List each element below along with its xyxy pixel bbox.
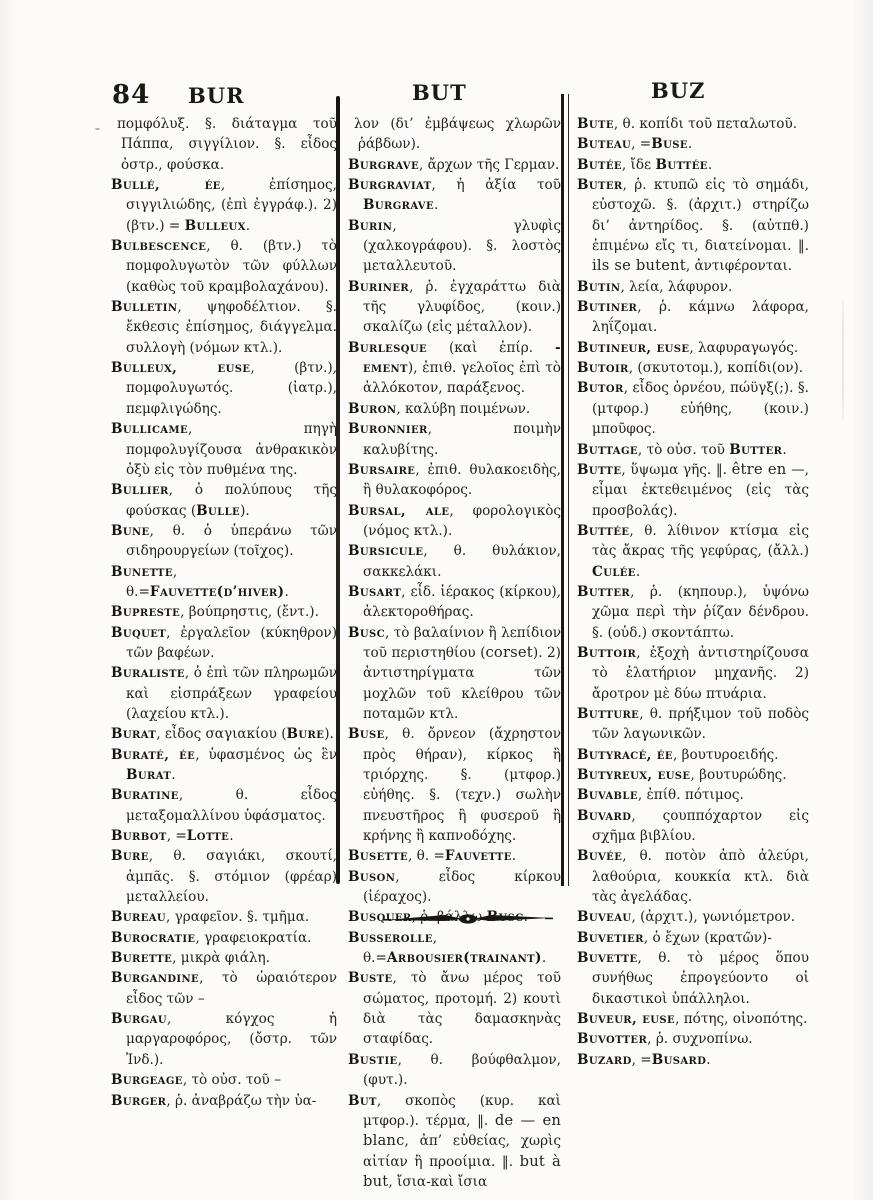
column-rule-double <box>561 94 569 886</box>
dictionary-entry: Busc, τὸ βαλαίνιον ἢ λεπίδιον τοῦ περιστ… <box>348 623 561 725</box>
entry-headword: Butte <box>577 462 621 478</box>
dictionary-entry: Buse, θ. ὄρνεον (ἄχρηστον πρὸς θήραν), κ… <box>348 724 561 846</box>
dictionary-entry: Butiner, ῥ. κάμνω λάφορα, ληΐζομαι. <box>577 297 809 338</box>
dictionary-entry: Burocratie, γραφειοκρατία. <box>111 928 337 948</box>
dictionary-entry: Burgeage, τὸ οὐσ. τοῦ – <box>111 1070 337 1090</box>
dictionary-entry: Bureau, γραφεῖον. §. τμῆμα. <box>111 907 337 927</box>
dictionary-entry: Buvotter, ῥ. συχνοπίνω. <box>577 1029 809 1049</box>
dictionary-entry: Butyreux, euse, βουτυρώδης. <box>577 765 809 785</box>
entry-headword: Burbot <box>111 828 167 844</box>
dictionary-entry: Buvette, θ. τὸ μέρος ὅπου συνήθως ἐπρογε… <box>577 948 809 1009</box>
column-rule-single <box>336 96 340 884</box>
dictionary-entry: Bulleux, euse, (βτν.), πομφολυγωτός. (ἰα… <box>111 358 337 419</box>
entry-headword: Busette <box>348 848 408 864</box>
dictionary-entry: Burbot, =Lotte. <box>111 826 337 846</box>
entry-headword: Butter <box>577 584 630 600</box>
entry-headword: Butoir <box>577 360 629 376</box>
dictionary-entry: Buronnier, ποιμὴν καλυβίτης. <box>348 419 561 460</box>
dictionary-entry: But, σκοπὸς (κυρ. καὶ μτφορ.). τέρμα, ‖.… <box>348 1091 561 1193</box>
dictionary-entry: Butoir, (σκυτοτομ.), κοπίδι(ον). <box>577 358 809 378</box>
entry-headword: Burat <box>111 726 156 742</box>
entry-headword: Butineur, euse <box>577 340 689 356</box>
dictionary-entry: Buteau, =Buse. <box>577 134 809 154</box>
dictionary-entry: Burgraviat, ἡ ἀξία τοῦ Burgrave. <box>348 175 561 216</box>
dictionary-entry: λον (δι’ ἐμβάψεως χλωρῶν ῥάβδων). <box>348 114 561 155</box>
scan-speck <box>842 300 844 420</box>
dictionary-entry: Busserolle, θ.=Arbousier(trainant). <box>348 928 561 969</box>
guide-word-center: BUT <box>412 80 467 105</box>
entry-headword: Buvette <box>577 950 638 966</box>
dictionary-entry: Bursal, ale, φορολογικὸς (νόμος κτλ.). <box>348 501 561 542</box>
entry-headword: Buratine <box>111 787 179 803</box>
entry-headword: Burgandine <box>111 970 199 986</box>
dictionary-entry: Burlesque (καὶ ἐπίρ. -ement), ἐπιθ. γελο… <box>348 338 561 399</box>
entry-headword: Burlesque <box>348 340 427 356</box>
section-divider-ornament <box>383 910 553 928</box>
entry-headword: Burgraviat <box>348 177 432 193</box>
dictionary-entry: Buvard, ςουππόχαρτον εἰς σχῆμα βιβλίου. <box>577 806 809 847</box>
dictionary-entry: Buttée, θ. λίθινον κτίσμα εἰς τὰς ἄκρας … <box>577 521 809 582</box>
entry-headword: Burette <box>111 950 172 966</box>
entry-headword: Burocratie <box>111 930 195 946</box>
dictionary-entry: Bute, θ. κοπίδι τοῦ πεταλωτοῦ. <box>577 114 809 134</box>
entry-headword: Buvard <box>577 808 631 824</box>
entry-headword: Bute <box>577 116 614 132</box>
entry-headword: Bustie <box>348 1052 398 1068</box>
dictionary-entry: Butter, ῥ. (κηπουρ.), ὑψόνω χῶμα περὶ τὴ… <box>577 582 809 643</box>
entry-headword: Bulletin <box>111 299 177 315</box>
entry-headword: Butor <box>577 380 624 396</box>
dictionary-entry: Butture, θ. πρήξιμον τοῦ ποδὸς τῶν λαγων… <box>577 704 809 745</box>
entry-headword: Busserolle <box>348 930 433 946</box>
entry-headword: Butiner <box>577 299 637 315</box>
dictionary-entry: Buron, καλύβη ποιμένων. <box>348 399 561 419</box>
entry-headword: Butyracé, ée <box>577 747 673 763</box>
entry-headword: Buraté, ée <box>111 747 195 763</box>
dictionary-entry: Buveur, euse, πότης, οἰνοπότης. <box>577 1009 809 1029</box>
entry-headword: Butée <box>577 157 622 173</box>
entry-headword: Buvotter <box>577 1031 647 1047</box>
dictionary-entry: Buveau, (ἀρχιτ.), γωνιόμετρον. <box>577 907 809 927</box>
entry-headword: Butin <box>577 279 620 295</box>
guide-word-left: BUR <box>188 83 245 108</box>
dictionary-entry: Buvable, ἐπίθ. πότιμος. <box>577 785 809 805</box>
dictionary-entry: Busette, θ. =Fauvette. <box>348 846 561 866</box>
entry-headword: Bullé, ée <box>111 177 221 193</box>
dictionary-entry: Burgau, κόγχος ἡ μαργαροφόρος, (ὄστρ. τῶ… <box>111 1009 337 1070</box>
entry-headword: Bursal, ale <box>348 503 449 519</box>
dictionary-entry: Bure, θ. σαγιάκι, σκουτί, ἀμπᾶς. §. στόμ… <box>111 846 337 907</box>
entry-headword: Bunette <box>111 564 173 580</box>
dictionary-entry: Buttoir, ἐξοχὴ ἀντιστηρίζουσα τὸ ἐλατήρι… <box>577 643 809 704</box>
entry-headword: Buronnier <box>348 421 428 437</box>
entry-headword: Bupreste <box>111 604 180 620</box>
entry-headword: Buter <box>577 177 623 193</box>
entry-headword: Buveur, euse <box>577 1011 675 1027</box>
dictionary-entry: Bulletin, ψηφοδέλτιον. §. ἔκθεσις ἐπίσημ… <box>111 297 337 358</box>
dictionary-entry: Buquet, ἐργαλεῖον (κύκηθρον) τῶν βαφέων. <box>111 623 337 664</box>
dictionary-entry: Buson, εἶδος κίρκου (ἱέραχος). <box>348 867 561 908</box>
dictionary-entry: Buratine, θ. εἶδος μεταξομαλλίνου ὑφάσμα… <box>111 785 337 826</box>
dictionary-entry: Buraté, ée, ὑφασμένος ὡς ἓν Burat. <box>111 745 337 786</box>
dictionary-entry: Busart, εἶδ. ἱέρακος (κίρκου), ἀλεκτοροθ… <box>348 582 561 623</box>
entry-headword: Buquet <box>111 625 166 641</box>
entry-headword: Busc <box>348 625 385 641</box>
entry-headword: Bursaire <box>348 462 415 478</box>
entry-headword: Buraliste <box>111 665 185 681</box>
dictionary-entry: Burger, ῥ. ἀναβράζω τὴν ὑα- <box>111 1091 337 1111</box>
entry-headword: Buvable <box>577 787 638 803</box>
entry-headword: Burgau <box>111 1011 167 1027</box>
entry-headword: Buveau <box>577 909 631 925</box>
entry-headword: Butyreux, euse <box>577 767 690 783</box>
entry-headword: Bursicule <box>348 543 423 559</box>
entry-headword: Buvée <box>577 848 622 864</box>
entry-headword: Burgeage <box>111 1072 183 1088</box>
entry-headword: Buse <box>348 726 385 742</box>
scan-speck <box>95 128 100 130</box>
guide-word-right: BUZ <box>651 78 705 103</box>
dictionary-entry: Bullé, ée, ἐπίσημος, σιγγιλιώδης, (ἐπὶ ἐ… <box>111 175 337 236</box>
entry-headword: Butture <box>577 706 639 722</box>
dictionary-entry: Buvée, θ. ποτὸν ἀπὸ ἀλεύρι, λαθούρια, κο… <box>577 846 809 907</box>
dictionary-entry: Bullicame, πηγὴ πομφολυγίζουσα ἀνθρακικὸ… <box>111 419 337 480</box>
column-2: λον (δι’ ἐμβάψεως χλωρῶν ῥάβδων).Burgrav… <box>348 114 561 1192</box>
entry-headword: Burgrave <box>348 157 419 173</box>
dictionary-entry: Bunette, θ.=Fauvette(d’hiver). <box>111 562 337 603</box>
dictionary-entry: πομφόλυξ. §. διάταγμα τοῦ Πάππα, σιγγίλι… <box>111 114 337 175</box>
entry-headword: Buttée <box>577 523 629 539</box>
entry-headword: Bulleux, euse <box>111 360 250 376</box>
entry-headword: Burin <box>348 218 392 234</box>
entry-headword: Buriner <box>348 279 409 295</box>
dictionary-page-scan: 84 BUR BUT BUZ πομφόλυξ. §. διάταγμα τοῦ… <box>0 0 873 1200</box>
dictionary-entry: Bulbescence, θ. (βτν.) τὸ πομφολυγωτὸν τ… <box>111 236 337 297</box>
dictionary-entry: Bursaire, ἐπιθ. θυλακοειδὴς, ἢ θυλακοφόρ… <box>348 460 561 501</box>
entry-headword: Buste <box>348 970 393 986</box>
dictionary-entry: Butineur, euse, λαφυραγωγός. <box>577 338 809 358</box>
entry-headword: Buttage <box>577 442 638 458</box>
dictionary-entry: Butte, ὕψωμα γῆς. ‖. être en —, εἶμαι ἐκ… <box>577 460 809 521</box>
entry-headword: Buson <box>348 869 395 885</box>
dictionary-entry: Buzard, =Busard. <box>577 1050 809 1070</box>
dictionary-entry: Burin, γλυφὶς (χαλκογράφου). §. λοστὸς μ… <box>348 216 561 277</box>
dictionary-entry: Burette, μικρὰ φιάλη. <box>111 948 337 968</box>
dictionary-entry: Buter, ῥ. κτυπῶ εἰς τὸ σημάδι, εὐστοχῶ. … <box>577 175 809 277</box>
dictionary-entry: Butyracé, ée, βουτυροειδής. <box>577 745 809 765</box>
dictionary-entry: Butin, λεία, λάφυρον. <box>577 277 809 297</box>
entry-headword: Buttoir <box>577 645 636 661</box>
entry-headword: Busart <box>348 584 401 600</box>
entry-headword: Burger <box>111 1093 166 1109</box>
dictionary-entry: Burat, εἶδος σαγιακίου (Bure). <box>111 724 337 744</box>
dictionary-entry: Bustie, θ. βούφθαλμον, (φυτ.). <box>348 1050 561 1091</box>
entry-headword: Buron <box>348 401 396 417</box>
dictionary-entry: Buttage, τὸ οὐσ. τοῦ Butter. <box>577 440 809 460</box>
dictionary-entry: Buraliste, ὁ ἐπὶ τῶν πληρωμῶν καὶ εἰσπρά… <box>111 663 337 724</box>
column-3: Bute, θ. κοπίδι τοῦ πεταλωτοῦ.Buteau, =B… <box>577 114 809 1070</box>
dictionary-entry: Buvetier, ὁ ἔχων (κρατῶν)- <box>577 928 809 948</box>
entry-headword: Bune <box>111 523 150 539</box>
entry-headword: Buvetier <box>577 930 644 946</box>
dictionary-entry: Bune, θ. ὁ ὑπεράνω τῶν σιδηρουργείων (το… <box>111 521 337 562</box>
dictionary-entry: Buriner, ῥ. ἐγχαράττω διὰ τῆς γλυφίδος, … <box>348 277 561 338</box>
entry-headword: Bulbescence <box>111 238 206 254</box>
entry-headword: Bullicame <box>111 421 188 437</box>
entry-headword: But <box>348 1093 377 1109</box>
dictionary-entry: Bursicule, θ. θυλάκιον, σακκελάκι. <box>348 541 561 582</box>
dictionary-entry: Butor, εἶδος ὀρνέου, πώϋγξ(;). §.(μτφορ.… <box>577 378 809 439</box>
column-1: πομφόλυξ. §. διάταγμα τοῦ Πάππα, σιγγίλι… <box>111 114 337 1111</box>
dictionary-entry: Bupreste, βούπρηστις, (ἔντ.). <box>111 602 337 622</box>
entry-headword: Bureau <box>111 909 166 925</box>
dictionary-entry: Butée, ἴδε Buttée. <box>577 155 809 175</box>
dictionary-entry: Burgrave, ἄρχων τῆς Γερμαν. <box>348 155 561 175</box>
entry-headword: Buteau <box>577 136 631 152</box>
entry-headword: Bure <box>111 848 149 864</box>
entry-headword: Buzard <box>577 1052 632 1068</box>
page-number: 84 <box>112 80 150 110</box>
dictionary-entry: Bullier, ὁ πολύπους τῆς φούσκας (Bulle). <box>111 480 337 521</box>
dictionary-entry: Buste, τὸ ἄνω μέρος τοῦ σώματος, προτομή… <box>348 968 561 1049</box>
dictionary-entry: Burgandine, τὸ ὡραιότερον εἶδος τῶν – <box>111 968 337 1009</box>
entry-headword: Bullier <box>111 482 169 498</box>
